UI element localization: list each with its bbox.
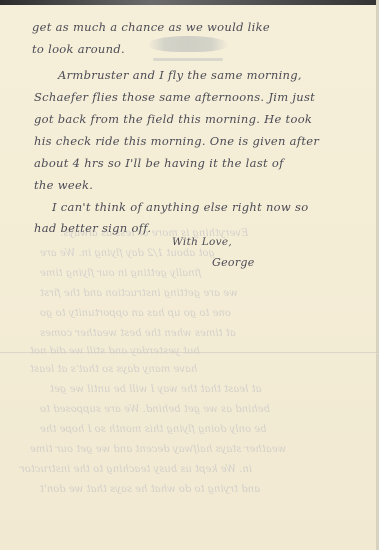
letter-line: I can't think of anything else right now… bbox=[52, 200, 308, 214]
bleed-through-line: in. We kept us busy teaching to the inst… bbox=[20, 464, 252, 475]
letter-line: about 4 hrs so I'll be having it the las… bbox=[34, 156, 284, 170]
bleed-through-line: behind as we get behind. We are supposed… bbox=[40, 404, 270, 415]
letterhead-wings-emblem bbox=[148, 36, 228, 66]
bleed-through-line: at least that the way I will be until we… bbox=[50, 384, 262, 395]
scan-edge bbox=[0, 0, 379, 5]
letter-line: got back from the field this morning. He… bbox=[34, 112, 312, 126]
bleed-through-line: one to go up has an opportunity to go bbox=[40, 308, 231, 319]
letter-page: Everything is more or less as always. go… bbox=[0, 0, 379, 550]
letter-signature: George bbox=[212, 256, 255, 269]
bleed-through-line: have many days so that's at least bbox=[30, 364, 197, 375]
bleed-through-line: finally getting in our flying time bbox=[40, 268, 201, 279]
wings-icon bbox=[148, 36, 228, 52]
bleed-through-line: we are getting instruction and the first bbox=[40, 288, 238, 299]
bleed-through-line: at times when the best weather comes bbox=[40, 328, 236, 339]
letter-line: had better sign off. bbox=[34, 221, 151, 235]
letter-line: Armbruster and I fly the same morning, bbox=[58, 68, 302, 82]
paper-fold bbox=[0, 352, 379, 354]
letter-closing: With Love, bbox=[172, 236, 232, 248]
letter-line: his check ride this morning. One is give… bbox=[34, 134, 319, 148]
letter-line: Schaefer flies those same afternoons. Ji… bbox=[34, 90, 315, 104]
letter-line: get as much a chance as we would like bbox=[32, 20, 270, 34]
bleed-through-line: weather stays halfway decent and we get … bbox=[30, 444, 286, 455]
bleed-through-line: got about 1/2 day flying in. We are bbox=[40, 248, 215, 259]
bleed-through-line: be only doing flying this month so I hop… bbox=[40, 424, 267, 435]
letter-line: to look around. bbox=[32, 42, 125, 56]
bleed-through-line: and trying to do what he says that we do… bbox=[40, 484, 260, 495]
letter-line: the week. bbox=[34, 178, 93, 192]
